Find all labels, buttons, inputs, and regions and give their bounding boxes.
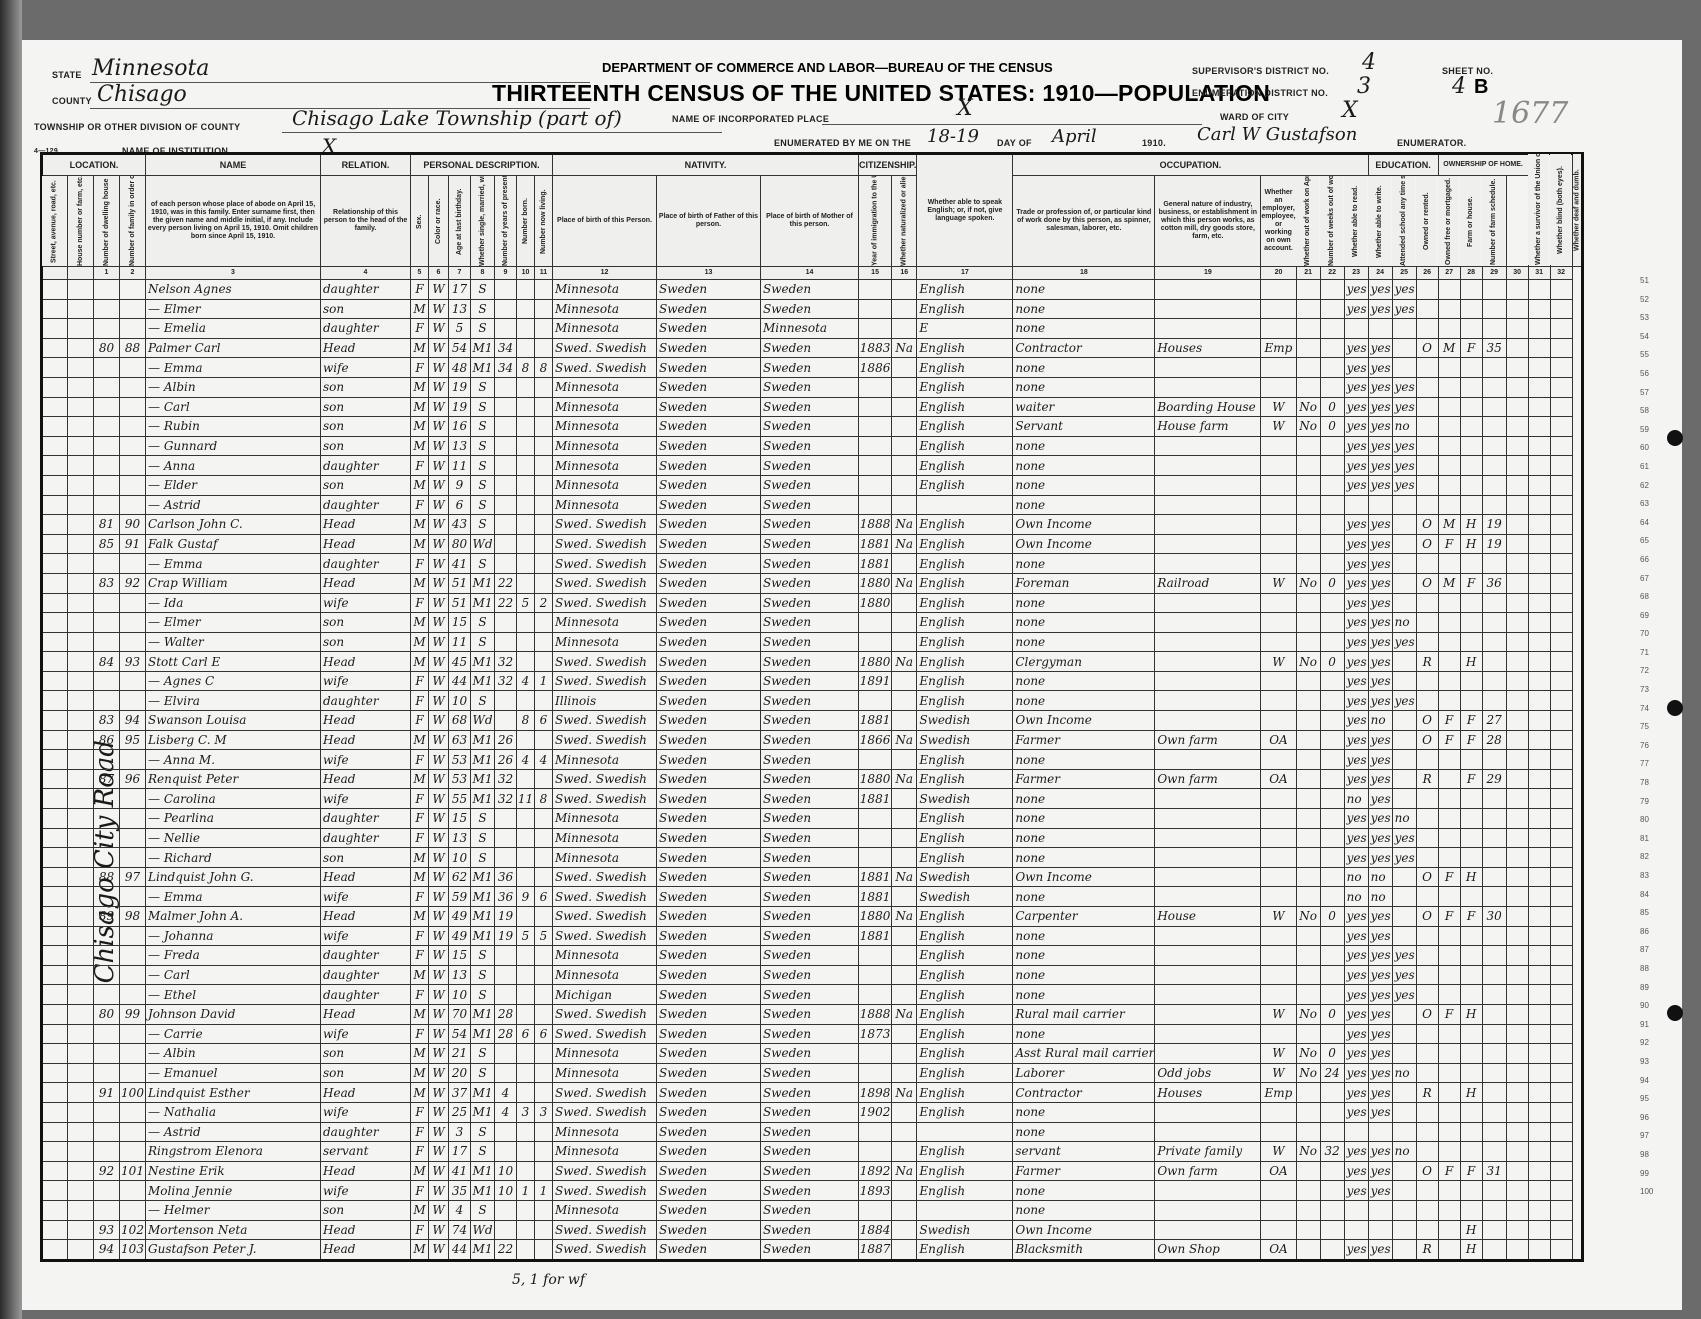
years-married-cell [495, 1122, 517, 1142]
weeks-out-cell: 0 [1320, 1004, 1344, 1024]
relation-cell: son [321, 613, 411, 633]
column-number: 4 [321, 267, 411, 280]
age-cell: 63 [449, 730, 471, 750]
write-cell: yes [1368, 554, 1392, 574]
school-cell [1392, 1044, 1416, 1064]
weeks-out-cell [1320, 613, 1344, 633]
naturalized-cell [892, 946, 917, 966]
dwelling-cell [94, 554, 120, 574]
birthplace-cell: Minnesota [553, 1044, 657, 1064]
school-cell [1392, 711, 1416, 731]
street-cell [42, 887, 68, 907]
years-married-cell: 10 [495, 1181, 517, 1201]
name-cell: Nestine Erik [146, 1161, 321, 1181]
years-married-cell [495, 280, 517, 300]
column-number: 20 [1261, 267, 1296, 280]
table-row: 8190Carlson John C.HeadMW43SSwed. Swedis… [42, 515, 1583, 535]
marital-cell: S [471, 985, 495, 1005]
blind-cell [1528, 319, 1550, 339]
employer-class-cell [1261, 534, 1296, 554]
house-number-cell [68, 456, 94, 476]
deaf-cell [1550, 534, 1572, 554]
house-number-cell [68, 907, 94, 927]
children-living-cell [535, 907, 553, 927]
name-cell: — Rubin [146, 417, 321, 437]
father-birthplace-cell: Sweden [657, 1004, 761, 1024]
relation-cell: daughter [321, 1122, 411, 1142]
name-cell: — Emanuel [146, 1063, 321, 1083]
owned-cell [1416, 1200, 1438, 1220]
table-row: 8998Malmer John A.HeadMW49M119Swed. Swed… [42, 907, 1583, 927]
column-number: 2 [120, 267, 146, 280]
blind-cell [1528, 338, 1550, 358]
relation-cell: wife [321, 887, 411, 907]
family-cell [120, 691, 146, 711]
years-married-cell: 34 [495, 338, 517, 358]
write-cell [1368, 1200, 1392, 1220]
school-cell [1392, 1004, 1416, 1024]
blind-cell [1528, 1083, 1550, 1103]
school-cell: yes [1392, 985, 1416, 1005]
immigration-year-cell: 1880 [859, 769, 892, 789]
school-cell: no [1392, 417, 1416, 437]
farm-house-cell: H [1460, 1220, 1482, 1240]
language-cell: English [917, 926, 1013, 946]
father-birthplace-cell: Sweden [657, 691, 761, 711]
weeks-out-cell: 0 [1320, 652, 1344, 672]
write-cell: yes [1368, 1063, 1392, 1083]
veteran-cell [1506, 671, 1528, 691]
language-cell: English [917, 1044, 1013, 1064]
age-cell: 43 [449, 515, 471, 535]
sex-cell: F [411, 691, 429, 711]
read-cell: yes [1344, 573, 1368, 593]
race-cell: W [429, 1102, 449, 1122]
marital-cell: S [471, 436, 495, 456]
mother-birthplace-cell: Sweden [761, 828, 859, 848]
sex-cell: M [411, 632, 429, 652]
immigration-year-cell: 1891 [859, 671, 892, 691]
industry-cell [1155, 789, 1261, 809]
farm-schedule-cell [1482, 319, 1506, 339]
language-cell: English [917, 299, 1013, 319]
trade-cell: Own Income [1013, 534, 1155, 554]
marital-cell: M1 [471, 593, 495, 613]
enumeration-district-value: 3 [1357, 74, 1371, 99]
years-married-cell [495, 965, 517, 985]
owned-cell [1416, 593, 1438, 613]
group-nativity: NATIVITY. [553, 154, 859, 176]
free-cell [1438, 1063, 1460, 1083]
line-number: 70 [1640, 625, 1670, 644]
language-cell: English [917, 338, 1013, 358]
employer-class-cell [1261, 711, 1296, 731]
father-birthplace-cell: Sweden [657, 338, 761, 358]
race-cell: W [429, 475, 449, 495]
trade-cell: none [1013, 593, 1155, 613]
dwelling-cell [94, 1122, 120, 1142]
children-living-cell [535, 1220, 553, 1240]
farm-schedule-cell: 35 [1482, 338, 1506, 358]
out-of-work-cell: No [1296, 1063, 1320, 1083]
name-cell: Malmer John A. [146, 907, 321, 927]
years-married-cell [495, 691, 517, 711]
sex-cell: M [411, 613, 429, 633]
trade-cell: none [1013, 828, 1155, 848]
dwelling-cell: 80 [94, 1004, 120, 1024]
deaf-cell [1550, 613, 1572, 633]
out-of-work-cell [1296, 867, 1320, 887]
employer-class-cell: OA [1261, 730, 1296, 750]
language-cell: E [917, 319, 1013, 339]
years-married-cell [495, 436, 517, 456]
owned-cell [1416, 848, 1438, 868]
years-married-cell [495, 475, 517, 495]
school-cell [1392, 926, 1416, 946]
veteran-cell [1506, 691, 1528, 711]
blind-cell [1528, 515, 1550, 535]
group-education: EDUCATION. [1368, 154, 1438, 176]
school-cell [1392, 534, 1416, 554]
house-number-cell [68, 789, 94, 809]
out-of-work-cell [1296, 985, 1320, 1005]
dwelling-cell [94, 456, 120, 476]
children-living-cell [535, 377, 553, 397]
out-of-work-cell [1296, 671, 1320, 691]
farm-schedule-cell [1482, 397, 1506, 417]
free-cell: F [1438, 711, 1460, 731]
owned-cell: R [1416, 769, 1438, 789]
dwelling-cell [94, 1200, 120, 1220]
house-number-cell [68, 632, 94, 652]
deaf-cell [1550, 495, 1572, 515]
weeks-out-cell [1320, 867, 1344, 887]
blind-cell [1528, 573, 1550, 593]
owned-cell [1416, 750, 1438, 770]
free-cell [1438, 436, 1460, 456]
mother-birthplace-cell: Sweden [761, 789, 859, 809]
table-row: 91100Lindquist EstherHeadMW37M14Swed. Sw… [42, 1083, 1583, 1103]
trade-cell: none [1013, 887, 1155, 907]
age-cell: 51 [449, 573, 471, 593]
write-cell: no [1368, 867, 1392, 887]
house-number-cell [68, 338, 94, 358]
line-number: 88 [1640, 960, 1670, 979]
street-cell [42, 867, 68, 887]
father-birthplace-cell: Sweden [657, 946, 761, 966]
years-married-cell: 32 [495, 671, 517, 691]
mother-birthplace-cell: Sweden [761, 632, 859, 652]
header-naturalized: Whether naturalized or alien. [892, 176, 917, 267]
blind-cell [1528, 965, 1550, 985]
street-cell [42, 1063, 68, 1083]
naturalized-cell [892, 809, 917, 829]
mother-birthplace-cell: Sweden [761, 515, 859, 535]
township-line [282, 132, 722, 133]
dwelling-cell [94, 613, 120, 633]
write-cell: yes [1368, 358, 1392, 378]
veteran-cell [1506, 475, 1528, 495]
read-cell: yes [1344, 1102, 1368, 1122]
deaf-cell [1550, 515, 1572, 535]
free-cell [1438, 809, 1460, 829]
weeks-out-cell [1320, 377, 1344, 397]
father-birthplace-cell: Sweden [657, 809, 761, 829]
language-cell: English [917, 417, 1013, 437]
employer-class-cell [1261, 358, 1296, 378]
weeks-out-cell [1320, 730, 1344, 750]
children-living-cell [535, 1122, 553, 1142]
race-cell: W [429, 632, 449, 652]
street-cell [42, 1181, 68, 1201]
veteran-cell [1506, 358, 1528, 378]
birthplace-cell: Swed. Swedish [553, 358, 657, 378]
veteran-cell [1506, 319, 1528, 339]
employer-class-cell [1261, 1024, 1296, 1044]
farm-house-cell [1460, 671, 1482, 691]
trade-cell: none [1013, 965, 1155, 985]
house-number-cell [68, 809, 94, 829]
owned-cell: O [1416, 338, 1438, 358]
farm-house-cell: F [1460, 711, 1482, 731]
industry-cell [1155, 711, 1261, 731]
marital-cell: M1 [471, 730, 495, 750]
children-born-cell [517, 1161, 535, 1181]
family-cell [120, 417, 146, 437]
farm-schedule-cell [1482, 926, 1506, 946]
house-number-cell [68, 495, 94, 515]
school-cell [1392, 593, 1416, 613]
name-cell: — Carolina [146, 789, 321, 809]
street-cell [42, 730, 68, 750]
weeks-out-cell [1320, 475, 1344, 495]
marital-cell: S [471, 848, 495, 868]
weeks-out-cell [1320, 691, 1344, 711]
mother-birthplace-cell: Sweden [761, 809, 859, 829]
line-number: 55 [1640, 346, 1670, 365]
free-cell [1438, 691, 1460, 711]
table-row: — RubinsonMW16SMinnesotaSwedenSwedenEngl… [42, 417, 1583, 437]
farm-schedule-cell [1482, 828, 1506, 848]
farm-house-cell [1460, 848, 1482, 868]
header-write: Whether able to write. [1368, 176, 1392, 267]
children-living-cell [535, 946, 553, 966]
house-number-cell [68, 593, 94, 613]
family-cell [120, 397, 146, 417]
name-cell: Nelson Agnes [146, 280, 321, 300]
farm-schedule-cell [1482, 1063, 1506, 1083]
column-number: 9 [495, 267, 517, 280]
out-of-work-cell: No [1296, 417, 1320, 437]
mother-birthplace-cell: Sweden [761, 1024, 859, 1044]
dwelling-cell [94, 671, 120, 691]
birthplace-cell: Swed. Swedish [553, 652, 657, 672]
children-living-cell [535, 848, 553, 868]
owned-cell [1416, 789, 1438, 809]
blind-cell [1528, 280, 1550, 300]
marital-cell: S [471, 417, 495, 437]
farm-house-cell: H [1460, 1083, 1482, 1103]
street-cell [42, 1122, 68, 1142]
free-cell: F [1438, 867, 1460, 887]
language-cell: Swedish [917, 887, 1013, 907]
age-cell: 59 [449, 887, 471, 907]
blind-cell [1528, 397, 1550, 417]
language-cell: English [917, 1181, 1013, 1201]
name-cell: — Astrid [146, 1122, 321, 1142]
children-born-cell: 8 [517, 358, 535, 378]
out-of-work-cell [1296, 926, 1320, 946]
language-cell: English [917, 593, 1013, 613]
trade-cell: waiter [1013, 397, 1155, 417]
trade-cell: none [1013, 671, 1155, 691]
industry-cell [1155, 671, 1261, 691]
employer-class-cell: OA [1261, 1161, 1296, 1181]
street-cell [42, 848, 68, 868]
sex-cell: M [411, 377, 429, 397]
read-cell: no [1344, 867, 1368, 887]
race-cell: W [429, 1220, 449, 1240]
marital-cell: M1 [471, 1102, 495, 1122]
weeks-out-cell: 24 [1320, 1063, 1344, 1083]
dwelling-cell [94, 1181, 120, 1201]
column-number: 5 [411, 267, 429, 280]
sex-cell: M [411, 436, 429, 456]
family-cell [120, 632, 146, 652]
years-married-cell [495, 828, 517, 848]
weeks-out-cell [1320, 319, 1344, 339]
blind-cell [1528, 828, 1550, 848]
out-of-work-cell [1296, 711, 1320, 731]
read-cell [1344, 1200, 1368, 1220]
industry-cell: Odd jobs [1155, 1063, 1261, 1083]
dwelling-cell: 89 [94, 907, 120, 927]
blind-cell [1528, 769, 1550, 789]
column-number: 1 [94, 267, 120, 280]
children-living-cell [535, 299, 553, 319]
industry-cell [1155, 495, 1261, 515]
deaf-cell [1550, 985, 1572, 1005]
language-cell [917, 495, 1013, 515]
street-cell [42, 1024, 68, 1044]
header-weeks-out: Number of weeks out of work during year … [1320, 176, 1344, 267]
house-number-cell [68, 475, 94, 495]
sex-cell: F [411, 358, 429, 378]
sex-cell: F [411, 1024, 429, 1044]
write-cell: yes [1368, 456, 1392, 476]
age-cell: 54 [449, 338, 471, 358]
mother-birthplace-cell: Sweden [761, 573, 859, 593]
read-cell: yes [1344, 1142, 1368, 1162]
street-cell [42, 377, 68, 397]
years-married-cell: 22 [495, 573, 517, 593]
immigration-year-cell [859, 377, 892, 397]
trade-cell: none [1013, 299, 1155, 319]
family-cell: 102 [120, 1220, 146, 1240]
read-cell: yes [1344, 828, 1368, 848]
naturalized-cell [892, 1142, 917, 1162]
relation-cell: daughter [321, 965, 411, 985]
deaf-cell [1550, 417, 1572, 437]
read-cell [1344, 495, 1368, 515]
veteran-cell [1506, 887, 1528, 907]
race-cell: W [429, 691, 449, 711]
children-born-cell [517, 1083, 535, 1103]
language-cell: Swedish [917, 711, 1013, 731]
street-cell [42, 1102, 68, 1122]
children-born-cell: 5 [517, 593, 535, 613]
farm-schedule-cell [1482, 867, 1506, 887]
house-number-cell [68, 554, 94, 574]
name-cell: — Ida [146, 593, 321, 613]
weeks-out-cell [1320, 985, 1344, 1005]
mother-birthplace-cell: Sweden [761, 671, 859, 691]
table-row: — Anna M.wifeFW53M12644MinnesotaSwedenSw… [42, 750, 1583, 770]
line-number: 67 [1640, 570, 1670, 589]
mother-birthplace-cell: Sweden [761, 867, 859, 887]
weeks-out-cell [1320, 750, 1344, 770]
owned-cell: O [1416, 1004, 1438, 1024]
race-cell: W [429, 358, 449, 378]
years-married-cell [495, 1063, 517, 1083]
age-cell: 25 [449, 1102, 471, 1122]
write-cell: yes [1368, 397, 1392, 417]
years-married-cell [495, 1220, 517, 1240]
line-number: 100 [1640, 1183, 1670, 1202]
language-cell: English [917, 613, 1013, 633]
dwelling-cell: 81 [94, 515, 120, 535]
out-of-work-cell [1296, 848, 1320, 868]
table-row: — FredadaughterFW15SMinnesotaSwedenSwede… [42, 946, 1583, 966]
father-birthplace-cell: Sweden [657, 1240, 761, 1261]
immigration-year-cell [859, 848, 892, 868]
industry-cell [1155, 985, 1261, 1005]
employer-class-cell: W [1261, 573, 1296, 593]
marital-cell: M1 [471, 887, 495, 907]
family-cell: 97 [120, 867, 146, 887]
father-birthplace-cell: Sweden [657, 750, 761, 770]
house-number-cell [68, 1122, 94, 1142]
father-birthplace-cell: Sweden [657, 1142, 761, 1162]
read-cell: yes [1344, 809, 1368, 829]
farm-house-cell [1460, 887, 1482, 907]
language-cell: English [917, 573, 1013, 593]
street-cell [42, 1240, 68, 1261]
birthplace-cell: Swed. Swedish [553, 1004, 657, 1024]
race-cell: W [429, 280, 449, 300]
dwelling-cell: 85 [94, 534, 120, 554]
veteran-cell [1506, 280, 1528, 300]
trade-cell: none [1013, 613, 1155, 633]
state-value: Minnesota [92, 56, 209, 81]
children-born-cell [517, 1122, 535, 1142]
veteran-cell [1506, 1161, 1528, 1181]
trade-cell: Carpenter [1013, 907, 1155, 927]
naturalized-cell: Na [892, 730, 917, 750]
street-cell [42, 534, 68, 554]
birthplace-cell: Minnesota [553, 319, 657, 339]
column-number: 31 [1528, 267, 1550, 280]
employer-class-cell [1261, 515, 1296, 535]
race-cell: W [429, 652, 449, 672]
sex-cell: F [411, 1102, 429, 1122]
children-living-cell: 4 [535, 750, 553, 770]
naturalized-cell [892, 711, 917, 731]
mother-birthplace-cell: Sweden [761, 1200, 859, 1220]
family-cell: 95 [120, 730, 146, 750]
father-birthplace-cell: Sweden [657, 573, 761, 593]
farm-schedule-cell [1482, 456, 1506, 476]
